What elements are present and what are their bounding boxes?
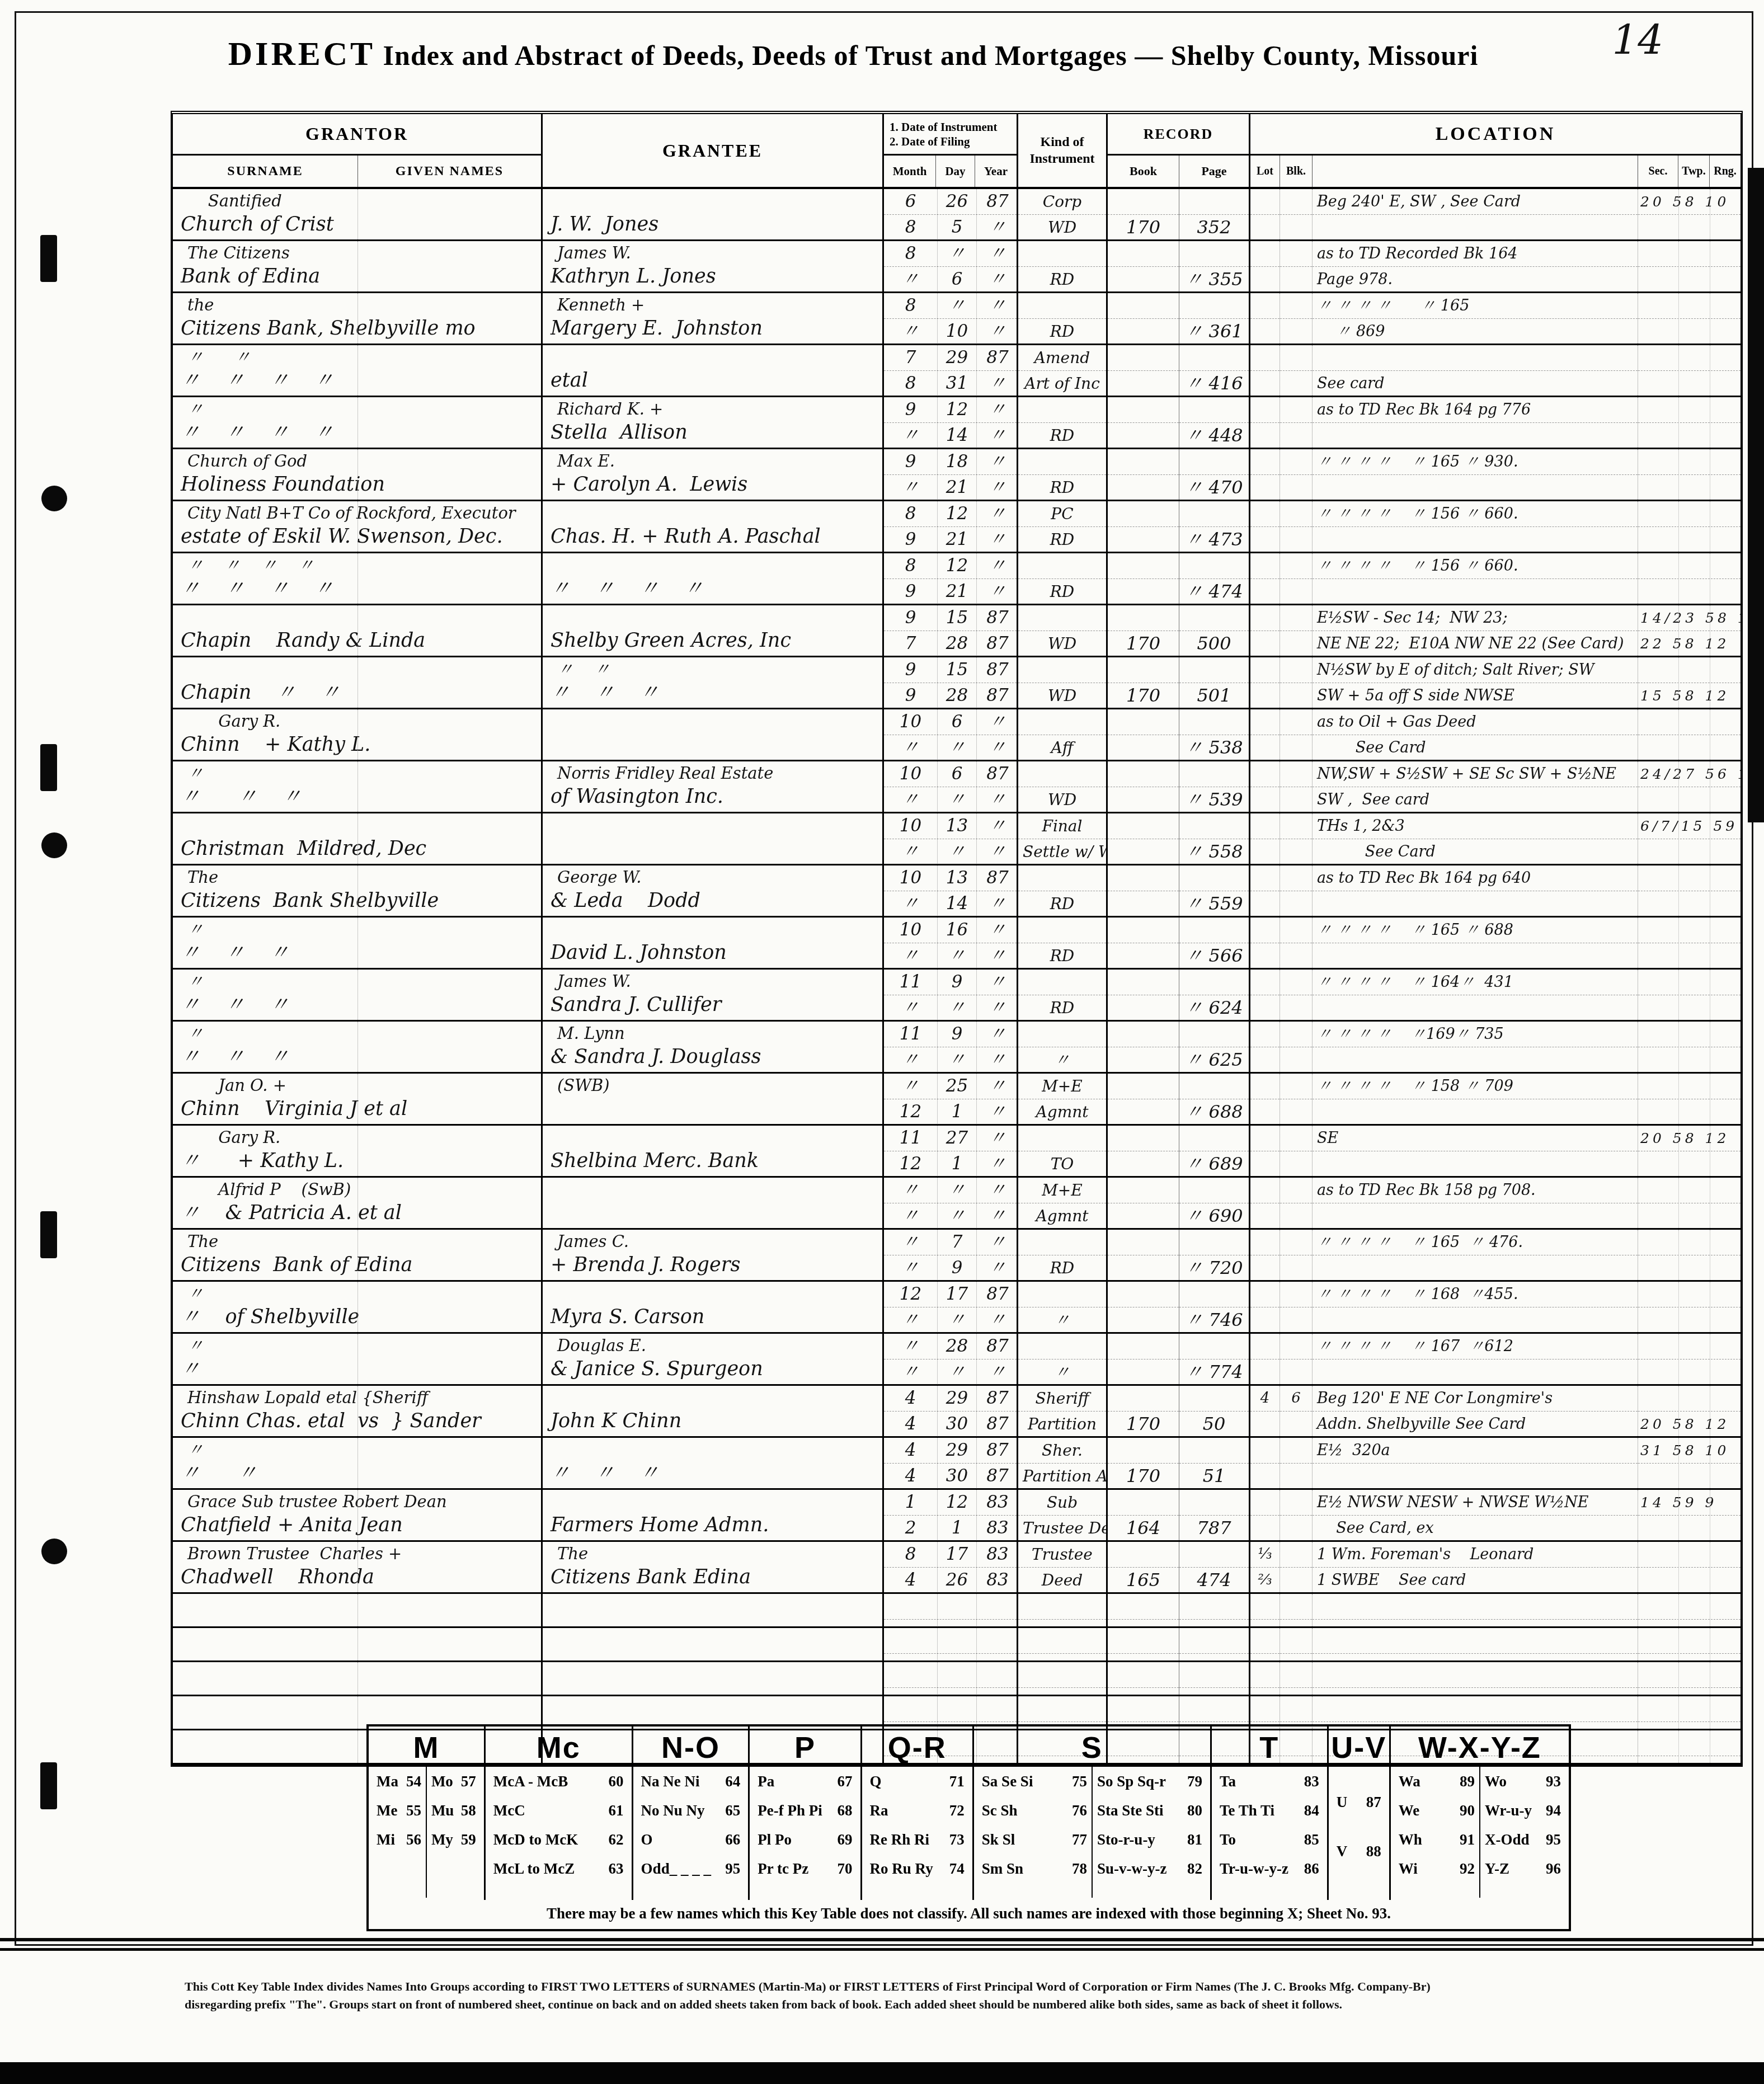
grantee-cell: James C.+ Brenda J. Rogers: [541, 1230, 882, 1280]
dates-cell: 119〃〃〃〃: [882, 1022, 1017, 1072]
key-group-P: PPa67Pe-f Ph Pi68Pl Po69Pr tc Pz70: [748, 1727, 860, 1900]
fine-print-line2: disregarding prefix "The". Groups start …: [185, 1996, 1583, 2014]
grantor-cell: 〃〃 〃: [173, 1438, 541, 1488]
key-entry: Mi56: [377, 1825, 421, 1854]
key-table-note: There may be a few names which this Key …: [369, 1900, 1569, 1929]
col-date-instrument: 1. Date of Instrument: [890, 120, 997, 134]
ledger-row: 〃〃Douglas E.& Janice S. Spurgeon〃2887〃〃〃…: [173, 1334, 1741, 1386]
grantor-cell: Gary R.Chinn + Kathy L.: [173, 709, 541, 760]
grantor-cell: Brown Trustee Charles +Chadwell Rhonda: [173, 1542, 541, 1592]
grantee-cell: TheCitizens Bank Edina: [541, 1542, 882, 1592]
key-entry: Na Ne Ni64: [641, 1767, 741, 1796]
grantee-cell: etal: [541, 345, 882, 396]
key-entry: Wr-u-y94: [1485, 1796, 1561, 1825]
key-entry: McL to McZ63: [493, 1854, 624, 1883]
ledger-row: [173, 1662, 1741, 1696]
key-entry: Wi92: [1399, 1854, 1475, 1883]
punch-hole: [41, 832, 67, 858]
dates-cell: 6268785〃: [882, 189, 1017, 239]
grantee-cell: John K Chinn: [541, 1386, 882, 1436]
dates-cell: 9158772887: [882, 605, 1017, 656]
col-day: Day: [935, 156, 975, 187]
grantor-cell: Hinshaw Lopald etal {SheriffChinn Chas. …: [173, 1386, 541, 1436]
dates-cell: 121787〃〃〃: [882, 1282, 1017, 1332]
key-entry: So Sp Sq-r79: [1097, 1767, 1202, 1796]
punch-hole: [41, 1539, 67, 1564]
grantee-cell: [541, 1594, 882, 1626]
ledger-row: 〃〃 〃 〃M. Lynn& Sandra J. Douglass119〃〃〃〃…: [173, 1022, 1741, 1074]
key-entry: Ro Ru Ry74: [870, 1854, 965, 1883]
page-bottom-rule: [0, 1948, 1764, 1951]
punch-hole: [41, 486, 67, 511]
grantee-cell: George W.& Leda Dodd: [541, 865, 882, 916]
key-entry: To85: [1220, 1825, 1319, 1854]
fine-print-line1: This Cott Key Table Index divides Names …: [185, 1978, 1583, 1996]
ledger-row: 〃〃 〃 〃David L. Johnston1016〃〃〃〃RD〃 566〃 …: [173, 918, 1741, 970]
dates-cell: [882, 1662, 1017, 1695]
col-given-names: GIVEN NAMES: [357, 156, 541, 187]
key-entry: Odd_ _ _ _95: [641, 1854, 741, 1883]
key-entry: Re Rh Ri73: [870, 1825, 965, 1854]
binder-mark: [40, 235, 57, 282]
key-entry: Pe-f Ph Pi68: [758, 1796, 852, 1825]
col-kind-l1: Kind of: [1040, 134, 1084, 150]
key-entry: Wa89: [1399, 1767, 1475, 1796]
col-record: RECORD: [1106, 114, 1249, 156]
grantee-cell: Richard K. +Stella Allison: [541, 397, 882, 448]
grantor-cell: TheCitizens Bank Shelbyville: [173, 865, 541, 916]
col-grantee: GRANTEE: [541, 114, 882, 187]
key-entry: Y-Z96: [1485, 1854, 1561, 1883]
grantor-cell: 〃〃 〃 〃: [173, 970, 541, 1020]
cott-key-table: MMa54Me55Mi56Mo57Mu58My59McMcA - McB60Mc…: [366, 1724, 1571, 1931]
grantee-cell: James W.Sandra J. Cullifer: [541, 970, 882, 1020]
key-entry: U87: [1337, 1787, 1381, 1817]
dates-cell: 〃25〃121〃: [882, 1074, 1017, 1124]
dates-cell: 4298743087: [882, 1438, 1017, 1488]
grantor-cell: [173, 1662, 541, 1695]
grantor-cell: Alfrid P (SwB)〃 & Patricia A. et al: [173, 1178, 541, 1228]
key-entry: Mu58: [431, 1796, 476, 1825]
dates-cell: 1016〃〃〃〃: [882, 918, 1017, 968]
key-entry: Sm Sn78: [982, 1854, 1087, 1883]
col-year: Year: [975, 156, 1017, 187]
grantor-cell: 〃〃 〃 〃: [173, 761, 541, 812]
grantee-cell: M. Lynn& Sandra J. Douglass: [541, 1022, 882, 1072]
grantor-cell: theCitizens Bank, Shelbyville mo: [173, 293, 541, 344]
grantee-cell: Myra S. Carson: [541, 1282, 882, 1332]
key-group-M: MMa54Me55Mi56Mo57Mu58My59: [369, 1727, 484, 1900]
grantee-cell: [541, 813, 882, 864]
key-entry: No Nu Ny65: [641, 1796, 741, 1825]
key-entry: Sc Sh76: [982, 1796, 1087, 1825]
dates-cell: [882, 1628, 1017, 1660]
binder-mark: [40, 1211, 57, 1258]
grantor-cell: [173, 1594, 541, 1626]
ledger-row: [173, 1594, 1741, 1628]
grantee-cell: James W.Kathryn L. Jones: [541, 241, 882, 291]
ledger-row: 〃〃 〃 〃James W.Sandra J. Cullifer119〃〃〃〃R…: [173, 970, 1741, 1022]
grantee-cell: [541, 1178, 882, 1228]
ledger-row: 〃〃 〃 〃Norris Fridley Real Estateof Wasin…: [173, 761, 1741, 813]
dates-cell: 〃〃〃〃〃〃: [882, 1178, 1017, 1228]
grantee-cell: Chas. H. + Ruth A. Paschal: [541, 501, 882, 552]
grantee-cell: Farmers Home Admn.: [541, 1490, 882, 1540]
ledger-header: GRANTOR SURNAME GIVEN NAMES GRANTEE 1. D…: [173, 114, 1741, 189]
ledger-row: 〃 〃 〃 〃〃 〃 〃 〃〃 〃 〃 〃812〃921〃RD〃 474〃 〃 …: [173, 553, 1741, 605]
dates-cell: 812〃921〃: [882, 553, 1017, 604]
col-lot: Lot: [1249, 156, 1280, 187]
scan-bottom-bar: [0, 2062, 1764, 2084]
ledger-row: City Natl B+T Co of Rockford, Executores…: [173, 501, 1741, 553]
ledger-row: Chapin Randy & LindaShelby Green Acres, …: [173, 605, 1741, 657]
grantor-cell: Church of GodHoliness Foundation: [173, 449, 541, 500]
ledger-row: Gary R.Chinn + Kathy L.106〃〃〃〃Aff〃 538as…: [173, 709, 1741, 761]
ledger-table: GRANTOR SURNAME GIVEN NAMES GRANTEE 1. D…: [171, 111, 1743, 1767]
grantee-cell: [541, 709, 882, 760]
ledger-row: TheCitizens Bank of EdinaJames C.+ Brend…: [173, 1230, 1741, 1282]
dates-cell: 10687〃〃〃: [882, 761, 1017, 812]
key-entry: We90: [1399, 1796, 1475, 1825]
dates-cell: 9158792887: [882, 657, 1017, 708]
dates-cell: 4298743087: [882, 1386, 1017, 1436]
dates-cell: 1127〃121〃: [882, 1126, 1017, 1176]
col-blk: Blk.: [1280, 156, 1312, 187]
page-bottom-rule: [0, 1938, 1764, 1941]
ledger-row: The CitizensBank of EdinaJames W.Kathryn…: [173, 241, 1741, 293]
grantee-cell: Kenneth +Margery E. Johnston: [541, 293, 882, 344]
grantee-cell: Shelby Green Acres, Inc: [541, 605, 882, 656]
dates-cell: 1013〃〃〃〃: [882, 813, 1017, 864]
ledger-row: 〃〃 〃 〃 〃Richard K. +Stella Allison912〃〃1…: [173, 397, 1741, 449]
key-group-N-O: N-ONa Ne Ni64No Nu Ny65O66Odd_ _ _ _95: [632, 1727, 749, 1900]
dates-cell: 106〃〃〃〃: [882, 709, 1017, 760]
key-entry: Sta Ste Sti80: [1097, 1796, 1202, 1825]
key-entry: My59: [431, 1825, 476, 1854]
key-entry: X-Odd95: [1485, 1825, 1561, 1854]
key-group-S: SSa Se Si75Sc Sh76Sk Sl77Sm Sn78So Sp Sq…: [972, 1727, 1210, 1900]
key-entry: V88: [1337, 1837, 1381, 1866]
fine-print: This Cott Key Table Index divides Names …: [185, 1978, 1583, 2014]
dates-cell: [882, 1594, 1017, 1626]
dates-cell: 119〃〃〃〃: [882, 970, 1017, 1020]
col-twp: Twp.: [1678, 156, 1709, 187]
col-date-filing: 2. Date of Filing: [890, 134, 970, 149]
col-grantor: GRANTOR: [173, 114, 541, 156]
grantee-cell: [541, 1662, 882, 1695]
key-entry: Sto-r-u-y81: [1097, 1825, 1202, 1854]
dates-cell: 918〃〃21〃: [882, 449, 1017, 500]
key-group-W-X-Y-Z: W-X-Y-ZWa89We90Wh91Wi92Wo93Wr-u-y94X-Odd…: [1389, 1727, 1569, 1900]
ledger-row: Church of GodHoliness FoundationMax E.+ …: [173, 449, 1741, 501]
key-group-Q-R: Q-RQ71Ra72Re Rh Ri73Ro Ru Ry74: [860, 1727, 972, 1900]
dates-cell: 101387〃14〃: [882, 865, 1017, 916]
ledger-row: theCitizens Bank, Shelbyville moKenneth …: [173, 293, 1741, 345]
ledger-row: Jan O. +Chinn Virginia J et al(SWB)〃25〃1…: [173, 1074, 1741, 1126]
ledger-row: Gary R.〃 + Kathy L.Shelbina Merc. Bank11…: [173, 1126, 1741, 1178]
dates-cell: 112832183: [882, 1490, 1017, 1540]
dates-cell: 912〃〃14〃: [882, 397, 1017, 448]
key-entry: Me55: [377, 1796, 421, 1825]
grantee-cell: Max E.+ Carolyn A. Lewis: [541, 449, 882, 500]
col-kind-l2: Instrument: [1029, 150, 1094, 167]
dates-cell: 8178342683: [882, 1542, 1017, 1592]
ledger-row: SantifiedChurch of CristJ. W. Jones62687…: [173, 189, 1741, 241]
key-entry: Ta83: [1220, 1767, 1319, 1796]
key-entry: Sa Se Si75: [982, 1767, 1087, 1796]
ledger-row: Grace Sub trustee Robert DeanChatfield +…: [173, 1490, 1741, 1542]
key-entry: Pa67: [758, 1767, 852, 1796]
dates-cell: 812〃921〃: [882, 501, 1017, 552]
grantor-cell: Grace Sub trustee Robert DeanChatfield +…: [173, 1490, 541, 1540]
grantee-cell: David L. Johnston: [541, 918, 882, 968]
ledger-row: [173, 1628, 1741, 1662]
scan-edge-artifact: [1748, 168, 1764, 822]
sheet-number: 14: [1612, 17, 1663, 64]
grantor-cell: Christman Mildred, Dec: [173, 813, 541, 864]
grantee-cell: Douglas E.& Janice S. Spurgeon: [541, 1334, 882, 1384]
grantee-cell: Norris Fridley Real Estateof Wasington I…: [541, 761, 882, 812]
grantor-cell: The CitizensBank of Edina: [173, 241, 541, 291]
grantee-cell: 〃 〃 〃 〃: [541, 553, 882, 604]
grantor-cell: Chapin Randy & Linda: [173, 605, 541, 656]
key-entry: Te Th Ti84: [1220, 1796, 1319, 1825]
key-entry: McD to McK62: [493, 1825, 624, 1854]
ledger-row: Chapin 〃 〃〃 〃〃 〃 〃9158792887WD170501N½SW…: [173, 657, 1741, 709]
grantor-cell: 〃 〃 〃 〃〃 〃 〃 〃: [173, 553, 541, 604]
grantor-cell: 〃〃: [173, 1334, 541, 1384]
key-entry: Ma54: [377, 1767, 421, 1796]
grantor-cell: 〃〃 〃 〃 〃: [173, 397, 541, 448]
grantee-cell: [541, 1628, 882, 1660]
col-kind: Kind of Instrument: [1017, 114, 1106, 187]
col-book: Book: [1106, 156, 1179, 187]
scanned-ledger-page: { "header": { "title_bold": "DIRECT", "t…: [0, 0, 1764, 2084]
grantee-cell: J. W. Jones: [541, 189, 882, 239]
grantor-cell: Jan O. +Chinn Virginia J et al: [173, 1074, 541, 1124]
grantee-cell: (SWB): [541, 1074, 882, 1124]
binder-mark: [40, 744, 57, 791]
grantor-cell: 〃〃 〃 〃: [173, 1022, 541, 1072]
grantor-cell: SantifiedChurch of Crist: [173, 189, 541, 239]
dates-cell: 8〃〃〃10〃: [882, 293, 1017, 344]
dates-cell: 〃7〃〃9〃: [882, 1230, 1017, 1280]
grantor-cell: 〃〃 of Shelbyville: [173, 1282, 541, 1332]
ledger-row: 〃〃 of ShelbyvilleMyra S. Carson121787〃〃〃…: [173, 1282, 1741, 1334]
key-entry: Ra72: [870, 1796, 965, 1825]
key-entry: Pl Po69: [758, 1825, 852, 1854]
grantee-cell: 〃 〃〃 〃 〃: [541, 657, 882, 708]
ledger-row: 〃 〃〃 〃 〃 〃etal72987831〃AmendArt of Inc〃 …: [173, 345, 1741, 397]
key-entry: McA - McB60: [493, 1767, 624, 1796]
page-title-rest: Index and Abstract of Deeds, Deeds of Tr…: [375, 40, 1478, 71]
ledger-row: 〃〃 〃〃 〃 〃4298743087Sher.Partition Alias1…: [173, 1438, 1741, 1490]
dates-cell: 〃2887〃〃〃: [882, 1334, 1017, 1384]
page-title-bold: DIRECT: [228, 35, 375, 72]
col-location: LOCATION: [1249, 114, 1741, 156]
dates-cell: 72987831〃: [882, 345, 1017, 396]
key-entry: Sk Sl77: [982, 1825, 1087, 1854]
key-entry: Q71: [870, 1767, 965, 1796]
key-entry: McC61: [493, 1796, 624, 1825]
grantor-cell: 〃 〃〃 〃 〃 〃: [173, 345, 541, 396]
ledger-body: SantifiedChurch of CristJ. W. Jones62687…: [173, 189, 1741, 1765]
ledger-row: TheCitizens Bank ShelbyvilleGeorge W.& L…: [173, 865, 1741, 918]
key-entry: O66: [641, 1825, 741, 1854]
col-rng: Rng.: [1709, 156, 1741, 187]
key-entry: Wo93: [1485, 1767, 1561, 1796]
grantor-cell: Gary R.〃 + Kathy L.: [173, 1126, 541, 1176]
binder-mark: [40, 1762, 57, 1809]
col-date-header: 1. Date of Instrument 2. Date of Filing: [882, 114, 1017, 156]
key-entry: Mo57: [431, 1767, 476, 1796]
key-entry: Pr tc Pz70: [758, 1854, 852, 1883]
key-group-U-V: U-VU87V88: [1327, 1727, 1389, 1900]
grantor-cell: City Natl B+T Co of Rockford, Executores…: [173, 501, 541, 552]
grantee-cell: 〃 〃 〃: [541, 1438, 882, 1488]
grantee-cell: Shelbina Merc. Bank: [541, 1126, 882, 1176]
key-entry: Tr-u-w-y-z86: [1220, 1854, 1319, 1883]
grantor-cell: Chapin 〃 〃: [173, 657, 541, 708]
key-group-T: TTa83Te Th Ti84To85Tr-u-w-y-z86: [1210, 1727, 1327, 1900]
dates-cell: 8〃〃〃6〃: [882, 241, 1017, 291]
page-title: DIRECT Index and Abstract of Deeds, Deed…: [0, 35, 1706, 73]
key-group-Mc: McMcA - McB60McC61McD to McK62McL to McZ…: [484, 1727, 632, 1900]
key-entry: Wh91: [1399, 1825, 1475, 1854]
col-location-blank: [1312, 156, 1638, 187]
col-sec: Sec.: [1638, 156, 1678, 187]
grantor-cell: TheCitizens Bank of Edina: [173, 1230, 541, 1280]
col-surname: SURNAME: [173, 156, 357, 187]
grantor-cell: 〃〃 〃 〃: [173, 918, 541, 968]
key-table-groups: MMa54Me55Mi56Mo57Mu58My59McMcA - McB60Mc…: [369, 1727, 1569, 1900]
col-page: Page: [1179, 156, 1249, 187]
ledger-row: Christman Mildred, Dec1013〃〃〃〃FinalSettl…: [173, 813, 1741, 865]
ledger-row: Hinshaw Lopald etal {SheriffChinn Chas. …: [173, 1386, 1741, 1438]
grantor-cell: [173, 1628, 541, 1660]
col-month: Month: [882, 156, 935, 187]
key-entry: Su-v-w-y-z82: [1097, 1854, 1202, 1883]
ledger-row: Brown Trustee Charles +Chadwell RhondaTh…: [173, 1542, 1741, 1594]
ledger-row: Alfrid P (SwB)〃 & Patricia A. et al〃〃〃〃〃…: [173, 1178, 1741, 1230]
